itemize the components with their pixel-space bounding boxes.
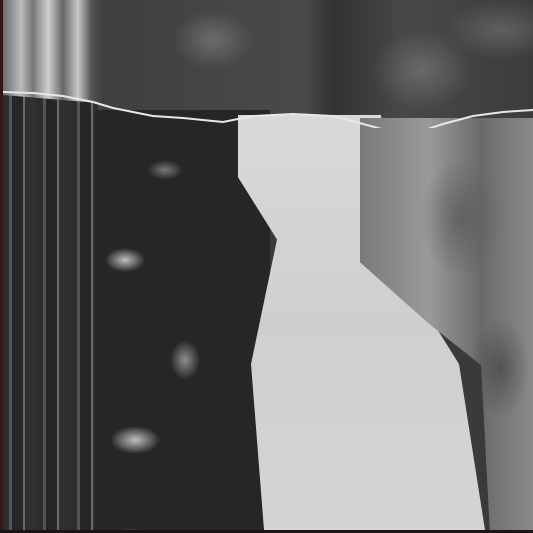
left-tree-trunks bbox=[3, 95, 98, 530]
left-edge bbox=[0, 0, 3, 533]
torn-paper-edge bbox=[3, 88, 533, 128]
collage-image bbox=[0, 0, 533, 533]
